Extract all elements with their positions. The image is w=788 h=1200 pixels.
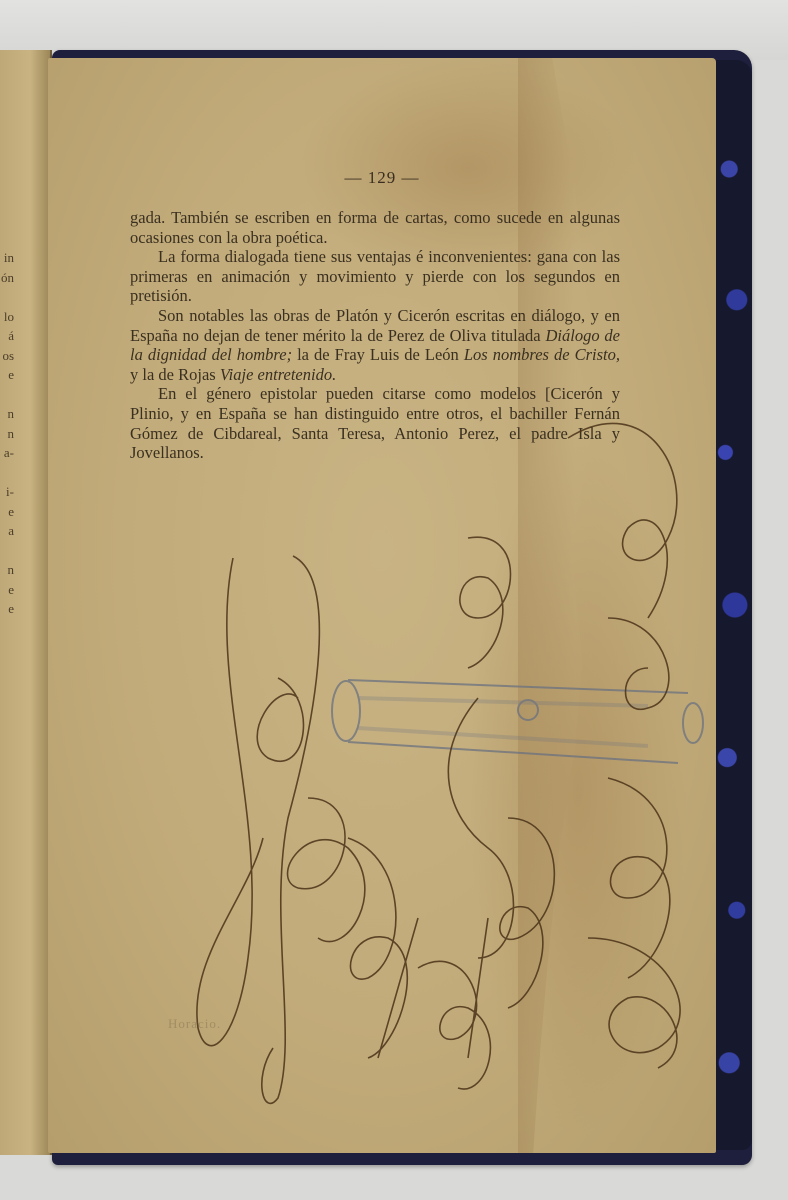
book-page: — 129 — gada. También se escriben en for… xyxy=(48,58,716,1153)
left-page-fragment xyxy=(0,541,14,561)
left-page-fragment: os xyxy=(0,346,14,366)
left-page-fragment xyxy=(0,463,14,483)
left-page-fragment: e xyxy=(0,599,14,619)
left-page-text-fragments: inón loáose nna- i-ea nee xyxy=(0,248,14,619)
body-text: gada. También se escriben en forma de ca… xyxy=(130,208,620,463)
left-page-fragment: i- xyxy=(0,482,14,502)
left-page-fragment: n xyxy=(0,560,14,580)
text-segment: y la de Rojas xyxy=(130,365,220,384)
text-segment: La forma dialogada tiene sus ventajas é … xyxy=(130,247,620,305)
left-page-fragment: ón xyxy=(0,268,14,288)
page-number: — 129 — xyxy=(48,168,716,188)
left-page-fragment: in xyxy=(0,248,14,268)
left-page-fragment: n xyxy=(0,404,14,424)
paragraph: Son notables las obras de Platón y Cicer… xyxy=(130,306,620,384)
left-page-fragment: a xyxy=(0,521,14,541)
paragraph: La forma dialogada tiene sus ventajas é … xyxy=(130,247,620,306)
left-page-fragment: á xyxy=(0,326,14,346)
faint-stamp-text: Horacio. xyxy=(168,1016,221,1032)
water-stain xyxy=(468,438,688,1138)
left-page-edge: inón loáose nna- i-ea nee xyxy=(0,50,52,1155)
left-page-fragment xyxy=(0,287,14,307)
left-page-fragment: e xyxy=(0,502,14,522)
text-segment: En el género epistolar pueden citarse co… xyxy=(130,384,620,462)
paragraph: gada. También se escriben en forma de ca… xyxy=(130,208,620,247)
italic-title: Los nombres de Cristo, xyxy=(464,345,620,364)
left-page-fragment: a- xyxy=(0,443,14,463)
left-page-fragment: n xyxy=(0,424,14,444)
italic-title: Viaje entretenido. xyxy=(220,365,336,384)
text-segment: la de Fray Luis de León xyxy=(292,345,464,364)
text-segment: gada. También se escriben en forma de ca… xyxy=(130,208,620,247)
left-page-fragment xyxy=(0,385,14,405)
marbled-cover-edge xyxy=(714,60,752,1150)
paragraph: En el género epistolar pueden citarse co… xyxy=(130,384,620,462)
left-page-fragment: e xyxy=(0,580,14,600)
left-page-fragment: e xyxy=(0,365,14,385)
left-page-fragment: lo xyxy=(0,307,14,327)
